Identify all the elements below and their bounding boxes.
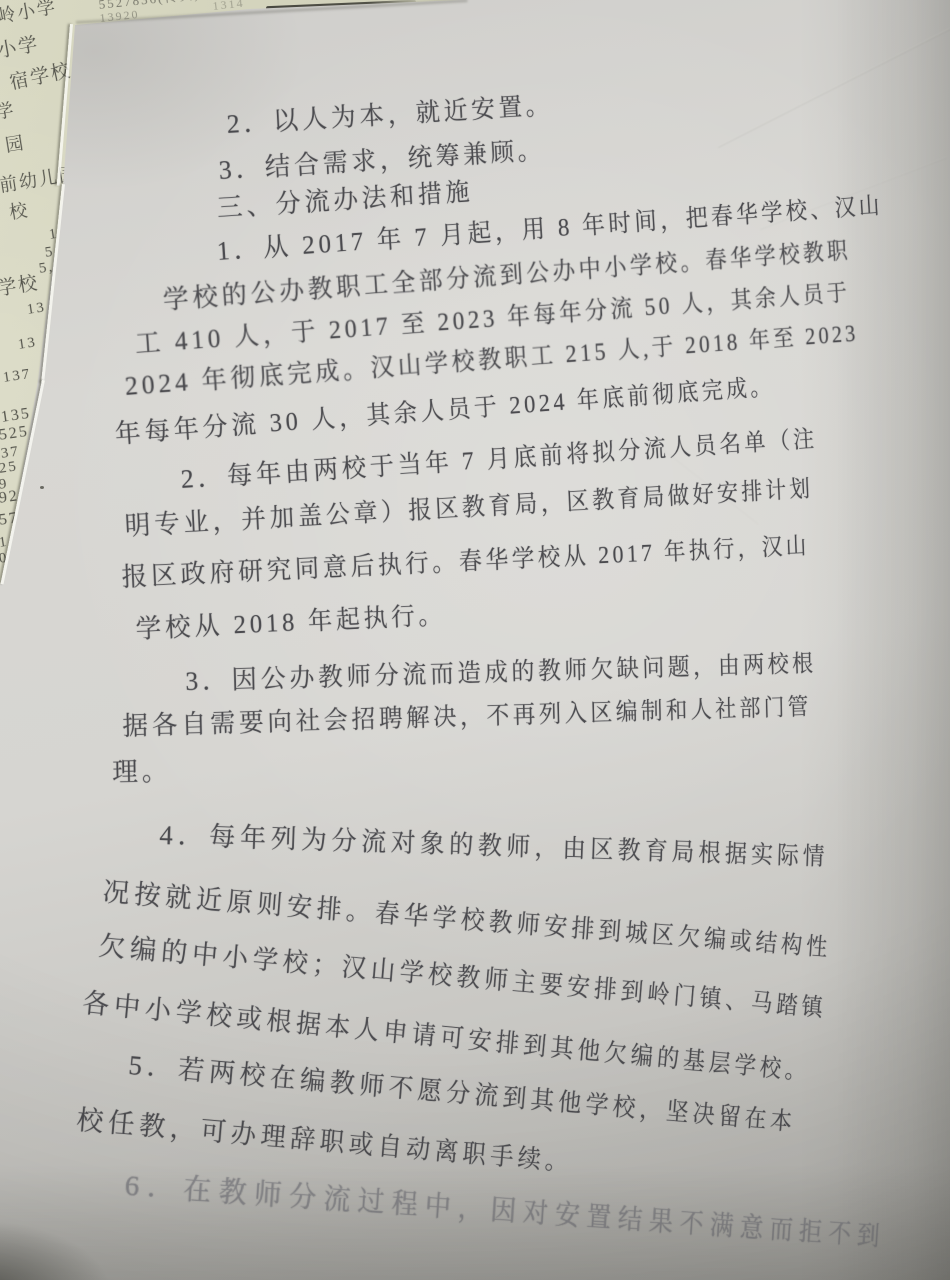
photo-canvas: 5527836(传真)139201314 岭小学小学宿学校学园前幼儿园校学校 1… (0, 0, 950, 1280)
under-sheet-school-fragment: 小学 (0, 35, 41, 61)
document-text-line: 6．在教师分流过程中，因对安置结果不满意而拒不到 (124, 1170, 887, 1253)
document-text-line: 三、分流办法和措施 (216, 178, 474, 224)
paper-crease (718, 27, 950, 148)
document-text-line: 2．以人为本，就近安置。 (226, 92, 553, 140)
under-sheet-number-fragment: 137 (2, 367, 32, 386)
document-text-line: 学校从 2018 年起执行。 (135, 601, 446, 645)
document-text-line: 3．结合需求，统筹兼顾。 (218, 136, 545, 185)
under-sheet-school-fragment: 学 (0, 101, 17, 122)
under-sheet-number-fragment: 13 (26, 300, 47, 317)
document-text-line: 校任教，可办理辞职或自动离职手续。 (75, 1105, 573, 1177)
under-sheet-school-fragment: 校 (8, 201, 31, 222)
under-sheet-school-fragment: 园 (4, 134, 27, 155)
ink-dot (40, 486, 44, 489)
under-sheet-school-fragment: 学校 (0, 273, 40, 298)
document-text-line: 理。 (112, 757, 171, 788)
document-text-line: 3．因公办教师分流而造成的教师欠缺问题，由两校根 (185, 650, 817, 697)
under-sheet-number-fragment: 13 (17, 335, 38, 352)
under-sheet-number-fragment: 525 (0, 424, 30, 444)
document-text-line: 4．每年列为分流对象的教师，由区教育局根据实际情 (159, 820, 829, 871)
under-sheet-school-fragment: 岭小学 (0, 0, 58, 26)
main-paper: 2．以人为本，就近安置。3．结合需求，统筹兼顾。三、分流办法和措施1．从 201… (0, 0, 950, 1280)
document-text-line: 报区政府研究同意后执行。春华学校从 2017 年执行，汉山 (121, 533, 810, 593)
document-text-line: 据各自需要向社会招聘解决，不再列入区编制和人社部门管 (122, 694, 812, 742)
under-sheet-number-fragment: 25 (0, 459, 19, 476)
